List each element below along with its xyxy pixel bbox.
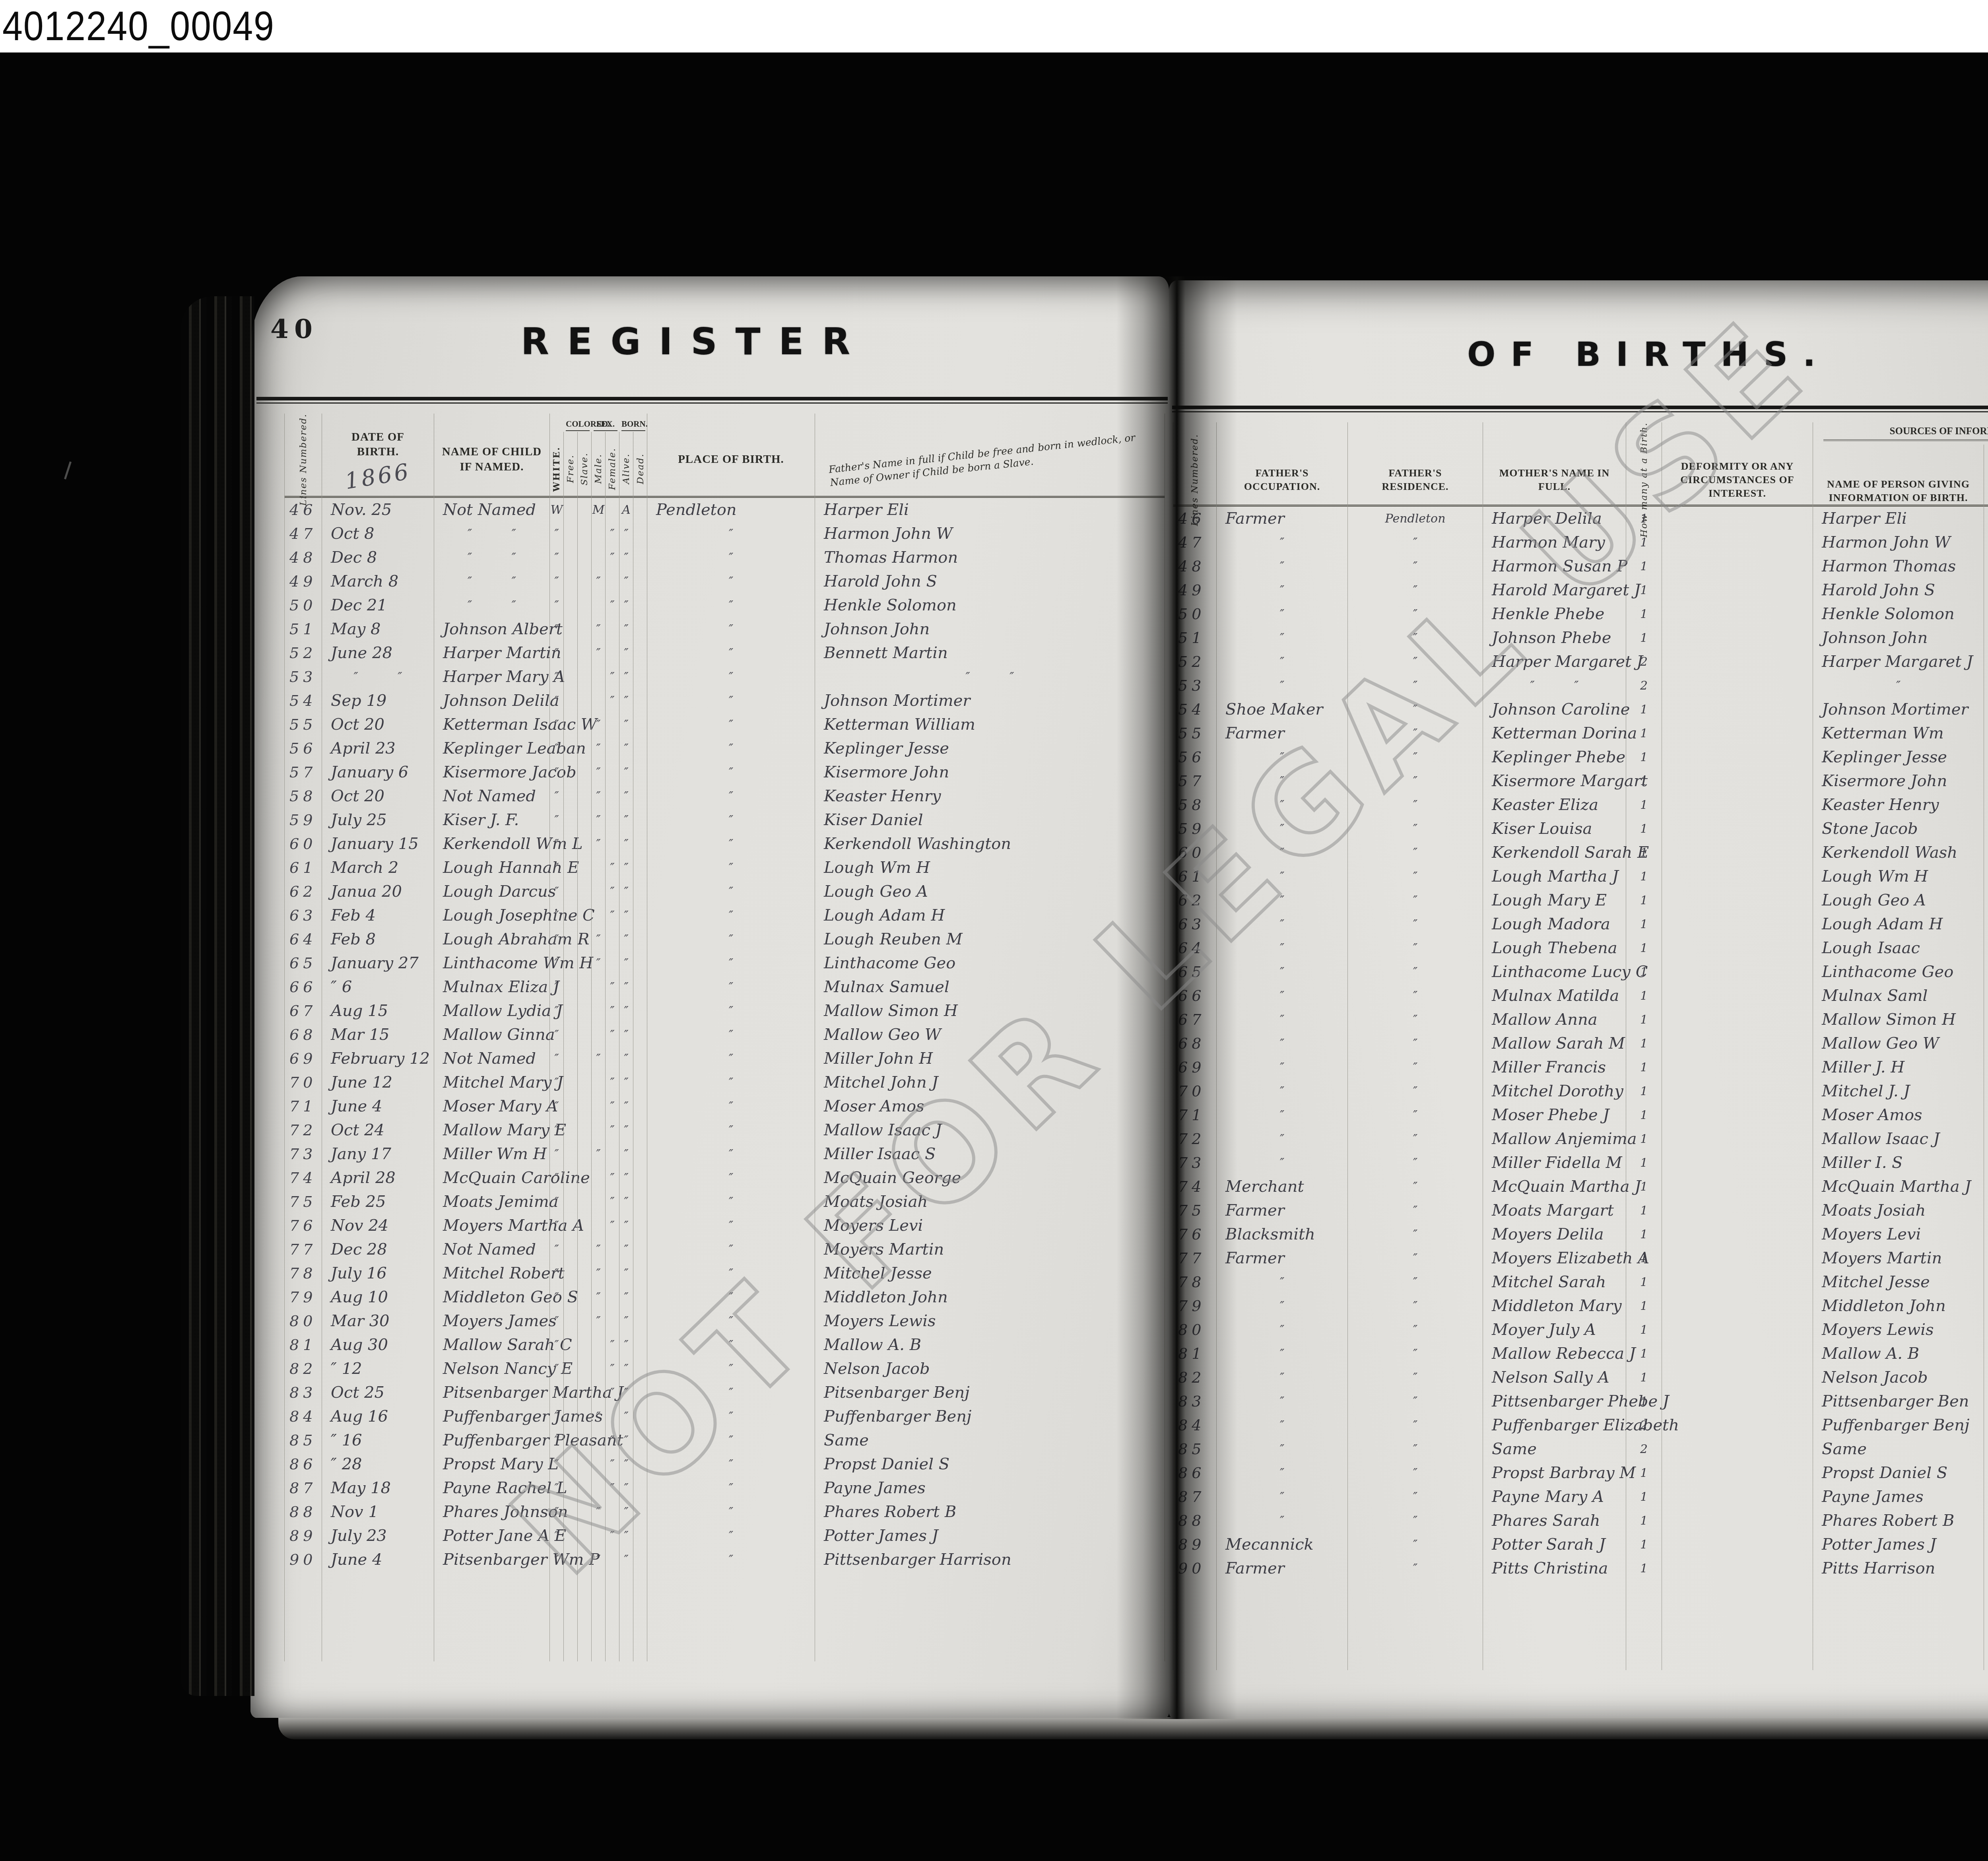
cell-born-alive: ″ [619,1524,633,1548]
cell-deformity [1662,1509,1813,1533]
cell-informant-relation: ″ [1984,745,1988,769]
cell-born-dead [633,617,647,641]
cell-father-residence: ″ [1348,1318,1483,1342]
cell-colored-free [564,1381,578,1404]
cell-white: ″ [550,1142,564,1166]
cell-sex-male [592,1023,606,1047]
cell-colored-free [564,1572,578,1661]
cell-sex-female: ″ [606,1357,619,1381]
cell-informant-relation: ″ [1984,1246,1988,1270]
cell-how-many: 1 [1626,1389,1662,1413]
cell-deformity [1662,888,1813,912]
cell-how-many: 1 [1626,626,1662,650]
cell-deformity [1662,650,1813,674]
cell-line-number: 89 [1173,1533,1217,1556]
cell-sex-male: ″ [592,1285,606,1309]
cell-date-of-birth: ″ 6 [322,975,434,999]
cell-informant-name: Miller I. S [1813,1151,1984,1175]
cell-sex-male [592,1118,606,1142]
cell-sex-female [606,927,619,951]
cell-how-many: 1 [1626,841,1662,864]
cell-child-name: Harper Mary A [434,665,550,689]
cell-place-of-birth: Pendleton [647,498,815,522]
cell-informant-relation: ″ [1984,1389,1988,1413]
cell-colored-free [564,1118,578,1142]
cell-date-of-birth: July 16 [322,1261,434,1285]
cell-line-number: 47 [1173,530,1217,554]
cell-colored-free [564,1047,578,1070]
cell-informant-relation: ″ [1984,1079,1988,1103]
cell-deformity [1662,1199,1813,1222]
cell-colored-free [564,1452,578,1476]
cell-white: ″ [550,760,564,784]
cell-how-many: 1 [1626,1294,1662,1318]
cell-colored-slave [578,760,592,784]
cell-white: ″ [550,569,564,593]
cell-child-name: Mulnax Eliza J [434,975,550,999]
cell-deformity [1662,912,1813,936]
cell-sex-female: ″ [606,1452,619,1476]
cell-informant-name: Johnson John [1813,626,1984,650]
cell-white: ″ [550,880,564,903]
cell-father-occupation: ″ [1217,1461,1348,1485]
cell-informant-relation: Father [1984,507,1988,530]
cell-father-name: Moser Amos [815,1094,1165,1118]
cell-mother-name: McQuain Martha J [1483,1175,1626,1199]
cell-father-name: Harmon John W [815,522,1165,546]
cell-born-dead [633,1094,647,1118]
cell-father-residence: ″ [1348,1389,1483,1413]
cell-deformity [1662,1485,1813,1509]
cell-sex-female [606,1261,619,1285]
cell-how-many: 1 [1626,697,1662,721]
cell-sex-female [606,569,619,593]
cell-line-number: 83 [1173,1389,1217,1413]
cell-father-occupation: ″ [1217,984,1348,1008]
cell-sex-female: ″ [606,522,619,546]
cell-sex-male: ″ [592,1500,606,1524]
cell-white: ″ [550,617,564,641]
cell-white: ″ [550,1548,564,1572]
cell-how-many: 1 [1626,721,1662,745]
cell-child-name: Potter Jane A E [434,1524,550,1548]
cell-born-dead [633,1381,647,1404]
cell-colored-free [564,1190,578,1214]
cell-father-name: Kiser Daniel [815,808,1165,832]
cell-father-name: Middleton John [815,1285,1165,1309]
cell-child-name: Moats Jemima [434,1190,550,1214]
cell-sex-male [592,522,606,546]
cell-father-name: Mallow A. B [815,1333,1165,1357]
cell-born-dead [633,593,647,617]
cell-mother-name: Mitchel Sarah [1483,1270,1626,1294]
cell-place-of-birth: ″ [647,1094,815,1118]
cell-sex-female: ″ [606,975,619,999]
cell-line-number: 69 [1173,1055,1217,1079]
cell-line-number: 75 [1173,1199,1217,1222]
cell-father-name: Phares Robert B [815,1500,1165,1524]
cell-mother-name: Harmon Mary [1483,530,1626,554]
cell-father-name: Potter James J [815,1524,1165,1548]
cell-line-number: 73 [284,1142,322,1166]
cell-colored-free [564,522,578,546]
cell-date-of-birth: Janua 20 [322,880,434,903]
cell-deformity [1662,530,1813,554]
cell-father-name: McQuain George [815,1166,1165,1190]
cell-how-many: 1 [1626,1246,1662,1270]
cell-informant-name: Harmon John W [1813,530,1984,554]
cell-born-alive: ″ [619,641,633,665]
cell-father-name: Ketterman William [815,713,1165,736]
cell-colored-slave [578,784,592,808]
cell-father-residence: ″ [1348,1246,1483,1270]
register-title-left: REGISTER [521,321,868,363]
cell-father-name: Moats Josiah [815,1190,1165,1214]
cell-father-name: Lough Geo A [815,880,1165,903]
cell-informant-relation: Grand Father [1984,817,1988,841]
cell-colored-free [564,1070,578,1094]
cell-father-name: Pittsenbarger Harrison [815,1548,1165,1572]
cell-mother-name: Moser Phebe J [1483,1103,1626,1127]
cell-mother-name: Johnson Phebe [1483,626,1626,650]
cell-line-number: 57 [1173,769,1217,793]
cell-born-dead [633,880,647,903]
cell-born-alive: ″ [619,713,633,736]
cell-line-number: 78 [1173,1270,1217,1294]
cell-line-number: 64 [1173,936,1217,960]
cell-white: ″ [550,1047,564,1070]
cell-how-many: 1 [1626,1103,1662,1127]
cell-sex-male: ″ [592,1047,606,1070]
cell-father-name: Mitchel Jesse [815,1261,1165,1285]
cell-mother-name: Harmon Susan P [1483,554,1626,578]
cell-informant-name: Payne James [1813,1485,1984,1509]
cell-sex-male: M [592,498,606,522]
cell-line-number: 82 [284,1357,322,1381]
cell-colored-free [564,1261,578,1285]
cell-date-of-birth: July 25 [322,808,434,832]
cell-colored-slave [578,856,592,880]
cell-informant-relation: ″ [1984,1366,1988,1389]
cell-line-number: 64 [284,927,322,951]
cell-white: ″ [550,1237,564,1261]
cell-informant-name: Lough Isaac [1813,936,1984,960]
header-sex-group: SEX. [594,419,617,431]
cell-father-name: ″ ″ [815,665,1165,689]
cell-sex-female: ″ [606,1094,619,1118]
cell-colored-slave [578,1500,592,1524]
cell-how-many: 1 [1626,578,1662,602]
cell-sex-female [606,1500,619,1524]
cell-informant-relation: ″ [1984,1222,1988,1246]
cell-place-of-birth: ″ [647,880,815,903]
cell-date-of-birth: January 27 [322,951,434,975]
cell-born-dead [633,569,647,593]
cell-line-number: 67 [284,999,322,1023]
cell-child-name: Lough Darcus [434,880,550,903]
cell-line-number: 83 [284,1381,322,1404]
table-header-right: Lines Numbered. FATHER'S OCCUPATION. FAT… [1173,422,1988,507]
cell-father-occupation: Farmer [1217,1199,1348,1222]
cell-father-name: Keplinger Jesse [815,736,1165,760]
cell-born-alive: ″ [619,569,633,593]
cell-informant-relation: ″ [1984,888,1988,912]
cell-colored-free [564,1094,578,1118]
cell-father-name: Payne James [815,1476,1165,1500]
cell-date-of-birth: Mar 30 [322,1309,434,1333]
cell-line-number: 63 [284,903,322,927]
cell-place-of-birth: ″ [647,593,815,617]
cell-informant-relation: Father [1984,841,1988,864]
cell-father-occupation: ″ [1217,1342,1348,1366]
cell-child-name [434,1572,550,1661]
cell-informant-name: Johnson Mortimer [1813,697,1984,721]
cell-informant-relation: Father [1984,1199,1988,1222]
cell-place-of-birth: ″ [647,1428,815,1452]
header-alive: Alive. [619,432,633,506]
cell-date-of-birth [322,1572,434,1661]
cell-father-residence: ″ [1348,578,1483,602]
cell-white: ″ [550,713,564,736]
cell-white: ″ [550,641,564,665]
cell-line-number: 54 [284,689,322,713]
cell-born-dead [633,713,647,736]
cell-born-dead [633,1237,647,1261]
cell-deformity [1662,745,1813,769]
cell-informant-relation: ″ [1984,1127,1988,1151]
cell-how-many: 1 [1626,1175,1662,1199]
cell-date-of-birth: ″ ″ [322,665,434,689]
cell-informant-name: Moyers Levi [1813,1222,1984,1246]
cell-informant-name: Linthacome Geo [1813,960,1984,984]
cell-born-alive: ″ [619,1214,633,1237]
cell-father-residence: ″ [1348,769,1483,793]
cell-father-occupation: ″ [1217,1270,1348,1294]
cell-father-occupation: ″ [1217,1151,1348,1175]
cell-place-of-birth: ″ [647,951,815,975]
cell-colored-slave [578,1047,592,1070]
cell-how-many: 1 [1626,1008,1662,1032]
cell-place-of-birth: ″ [647,569,815,593]
cell-sex-male [592,1070,606,1094]
cell-father-occupation: ″ [1217,1389,1348,1413]
cell-born-alive: ″ [619,1070,633,1094]
cell-colored-slave [578,951,592,975]
cell-born-dead [633,999,647,1023]
cell-mother-name [1483,1580,1626,1670]
cell-child-name: Keplinger Leaban [434,736,550,760]
cell-sex-female [606,1237,619,1261]
cell-mother-name: Mallow Anna [1483,1008,1626,1032]
cell-father-occupation: Farmer [1217,507,1348,530]
book-bottom-edge [278,1717,1988,1739]
cell-place-of-birth: ″ [647,1118,815,1142]
cell-informant-name: Moyers Lewis [1813,1318,1984,1342]
cell-father-residence: ″ [1348,1461,1483,1485]
cell-deformity [1662,578,1813,602]
cell-deformity [1662,1151,1813,1175]
cell-colored-slave [578,1166,592,1190]
cell-date-of-birth: March 2 [322,856,434,880]
cell-line-number: 86 [284,1452,322,1476]
cell-date-of-birth: June 28 [322,641,434,665]
cell-colored-free [564,927,578,951]
cell-place-of-birth: ″ [647,1524,815,1548]
cell-deformity [1662,554,1813,578]
cell-informant-relation: ″ [1984,864,1988,888]
cell-father-residence: ″ [1348,936,1483,960]
cell-born-alive: ″ [619,1166,633,1190]
cell-deformity [1662,1366,1813,1389]
cell-line-number: 71 [1173,1103,1217,1127]
cell-born-alive: ″ [619,760,633,784]
cell-date-of-birth: Aug 10 [322,1285,434,1309]
cell-line-number: 67 [1173,1008,1217,1032]
cell-date-of-birth: Nov 1 [322,1500,434,1524]
left-page-torn-edge [181,296,254,1696]
cell-how-many: 1 [1626,1342,1662,1366]
cell-sex-male [592,546,606,569]
cell-how-many: 1 [1626,602,1662,626]
cell-place-of-birth: ″ [647,1357,815,1381]
cell-born-dead [633,1500,647,1524]
cell-colored-free [564,736,578,760]
cell-father-residence: Pendleton [1348,507,1483,530]
cell-father-occupation: ″ [1217,1008,1348,1032]
cell-white: ″ [550,1023,564,1047]
cell-deformity [1662,1008,1813,1032]
cell-born-dead [633,832,647,856]
cell-born-alive: ″ [619,689,633,713]
cell-father-residence: ″ [1348,1270,1483,1294]
cell-sex-female: ″ [606,903,619,927]
cell-sex-female: ″ [606,689,619,713]
cell-colored-slave [578,1404,592,1428]
cell-father-name: Moyers Levi [815,1214,1165,1237]
cell-colored-slave [578,1524,592,1548]
cell-born-alive: ″ [619,665,633,689]
cell-born-alive: ″ [619,1381,633,1404]
cell-informant-relation: ″ [1984,602,1988,626]
cell-how-many: 1 [1626,1270,1662,1294]
cell-date-of-birth: Oct 20 [322,784,434,808]
cell-child-name: ″ ″ [434,522,550,546]
cell-father-occupation: ″ [1217,1032,1348,1055]
cell-how-many: 1 [1626,888,1662,912]
cell-child-name: Lough Hannah E [434,856,550,880]
cell-born-alive: ″ [619,1237,633,1261]
cell-colored-free [564,1166,578,1190]
cell-colored-slave [578,569,592,593]
cell-sex-female: ″ [606,1214,619,1237]
cell-mother-name: Pittsenbarger Phebe J [1483,1389,1626,1413]
cell-born-alive: ″ [619,880,633,903]
cell-date-of-birth: Feb 8 [322,927,434,951]
cell-mother-name: Miller Francis [1483,1055,1626,1079]
cell-line-number: 65 [1173,960,1217,984]
cell-colored-slave [578,1237,592,1261]
cell-child-name: Mallow Mary E [434,1118,550,1142]
cell-father-occupation: ″ [1217,936,1348,960]
cell-place-of-birth: ″ [647,1237,815,1261]
cell-child-name: Harper Martin [434,641,550,665]
cell-place-of-birth: ″ [647,1214,815,1237]
cell-date-of-birth: Aug 30 [322,1333,434,1357]
cell-father-residence: ″ [1348,1342,1483,1366]
cell-sex-female: ″ [606,1166,619,1190]
cell-mother-name: Kiser Louisa [1483,817,1626,841]
cell-father-occupation: ″ [1217,1437,1348,1461]
cell-informant-relation: Father [1984,960,1988,984]
header-female: Female. [606,432,619,506]
cell-informant-name: Kerkendoll Wash [1813,841,1984,864]
cell-deformity [1662,1127,1813,1151]
cell-sex-female: ″ [606,1476,619,1500]
cell-how-many: 1 [1626,912,1662,936]
cell-sex-female: ″ [606,1118,619,1142]
cell-father-name: Lough Wm H [815,856,1165,880]
cell-colored-free [564,1333,578,1357]
cell-informant-relation: ″ [1984,793,1988,817]
cell-father-occupation: ″ [1217,530,1348,554]
cell-born-dead [633,498,647,522]
cell-born-alive: ″ [619,951,633,975]
cell-mother-name: Miller Fidella M [1483,1151,1626,1175]
cell-line-number: 85 [284,1428,322,1452]
cell-colored-free [564,593,578,617]
cell-mother-name: Lough Martha J [1483,864,1626,888]
cell-how-many: 2 [1626,1413,1662,1437]
cell-father-occupation: Blacksmith [1217,1222,1348,1246]
cell-line-number: 70 [1173,1079,1217,1103]
cell-informant-relation [1984,1580,1988,1670]
cell-father-residence: ″ [1348,674,1483,697]
cell-born-dead [633,641,647,665]
cell-sex-male [592,1094,606,1118]
cell-white: ″ [550,1428,564,1452]
cell-born-alive [619,1572,633,1661]
cell-line-number [1173,1580,1217,1670]
cell-date-of-birth: April 28 [322,1166,434,1190]
cell-place-of-birth: ″ [647,1452,815,1476]
cell-informant-relation: Mother [1984,650,1988,674]
cell-child-name: Not Named [434,784,550,808]
cell-white: ″ [550,1500,564,1524]
cell-father-name: Thomas Harmon [815,546,1165,569]
cell-sex-female: ″ [606,1190,619,1214]
cell-date-of-birth: May 8 [322,617,434,641]
cell-sex-male [592,856,606,880]
cell-child-name: Moser Mary A [434,1094,550,1118]
cell-white: ″ [550,927,564,951]
cell-sex-female [606,1548,619,1572]
cell-sex-male [592,1357,606,1381]
cell-white: ″ [550,999,564,1023]
cell-born-dead [633,808,647,832]
cell-date-of-birth: Aug 16 [322,1404,434,1428]
cell-mother-name: Lough Mary E [1483,888,1626,912]
cell-father-occupation: Farmer [1217,1556,1348,1580]
cell-deformity [1662,674,1813,697]
cell-born-dead [633,856,647,880]
cell-line-number: 89 [284,1524,322,1548]
cell-father-occupation: ″ [1217,745,1348,769]
cell-informant-relation: ″ [1984,1294,1988,1318]
cell-born-dead [633,784,647,808]
cell-born-dead [633,951,647,975]
cell-date-of-birth: Dec 28 [322,1237,434,1261]
cell-born-dead [633,1333,647,1357]
